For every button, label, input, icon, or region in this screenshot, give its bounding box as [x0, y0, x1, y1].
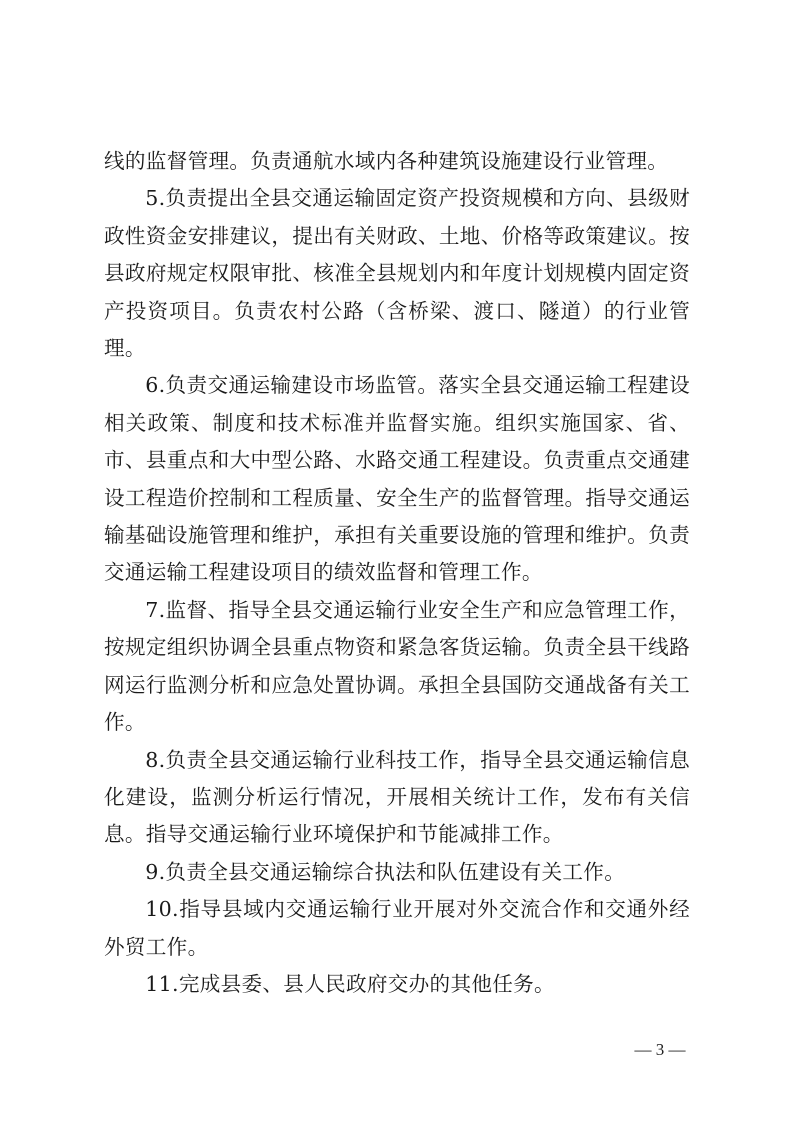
paragraph-item-9: 9.负责全县交通运输综合执法和队伍建设有关工作。 — [104, 854, 690, 891]
page-number: — 3 — — [627, 1040, 693, 1060]
paragraph-item-5: 5.负责提出全县交通运输固定资产投资规模和方向、县级财政性资金安排建议，提出有关… — [104, 180, 690, 367]
paragraph-item-7: 7.监督、指导全县交通运输行业安全生产和应急管理工作，按规定组织协调全县重点物资… — [104, 592, 690, 742]
paragraph-item-8: 8.负责全县交通运输行业科技工作，指导全县交通运输信息化建设，监测分析运行情况，… — [104, 742, 690, 854]
paragraph-item-10: 10.指导县域内交通运输行业开展对外交流合作和交通外经外贸工作。 — [104, 891, 690, 966]
paragraph-item-11: 11.完成县委、县人民政府交办的其他任务。 — [104, 966, 690, 1003]
document-page: 线的监督管理。负责通航水域内各种建筑设施建设行业管理。 5.负责提出全县交通运输… — [0, 0, 793, 1122]
paragraph-continuation: 线的监督管理。负责通航水域内各种建筑设施建设行业管理。 — [104, 143, 690, 180]
document-body: 线的监督管理。负责通航水域内各种建筑设施建设行业管理。 5.负责提出全县交通运输… — [104, 143, 690, 1003]
paragraph-item-6: 6.负责交通运输建设市场监管。落实全县交通运输工程建设相关政策、制度和技术标准并… — [104, 367, 690, 591]
